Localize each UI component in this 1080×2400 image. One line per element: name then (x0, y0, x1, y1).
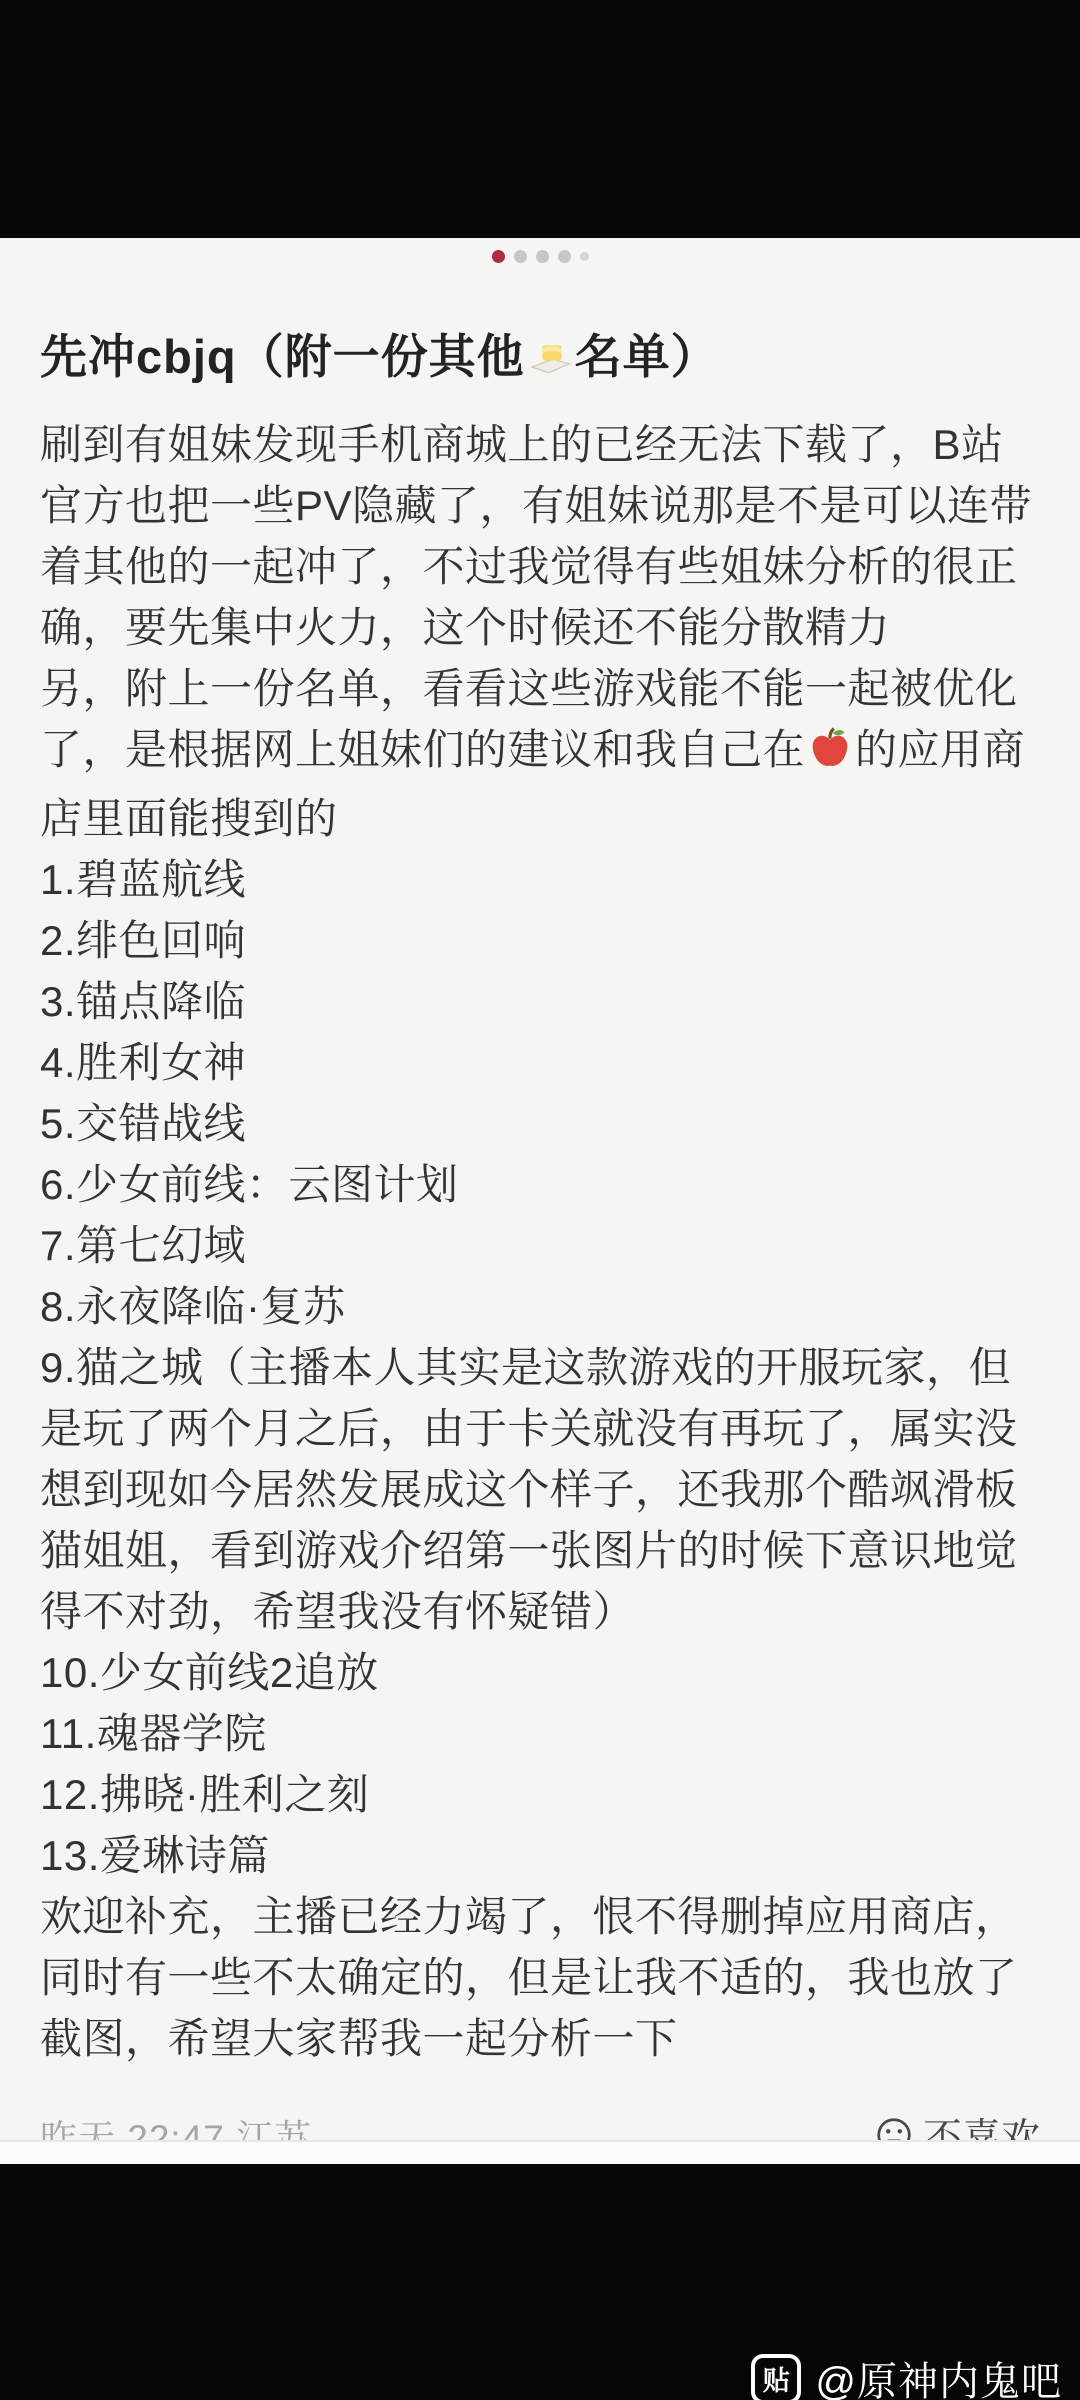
game-list-item-continuation: 想到现如今居然发展成这个样子，还我那个酷飒滑板 (40, 1459, 1040, 1520)
post-title-pre: 先冲cbjq（附一份其他 (40, 330, 525, 383)
post-body-line: 欢迎补充，主播已经力竭了，恨不得删掉应用商店， (40, 1886, 1040, 1947)
game-list-item: 7.第七幻域 (40, 1215, 1040, 1276)
top-letterbox (0, 0, 1080, 238)
game-list-item: 13.爱琳诗篇 (40, 1825, 1040, 1886)
post-body-line: 另，附上一份名单，看看这些游戏能不能一起被优化 (40, 658, 1040, 719)
carousel-dot-active[interactable] (492, 250, 505, 263)
game-list-item-continuation: 猫姐姐，看到游戏介绍第一张图片的时候下意识地觉 (40, 1520, 1040, 1581)
post-body-line-segment: 的应用商 (855, 726, 1025, 773)
carousel-dot[interactable] (580, 252, 589, 261)
game-list-item: 9.猫之城（主播本人其实是这款游戏的开服玩家，但 (40, 1337, 1040, 1398)
game-list-item-continuation: 是玩了两个月之后，由于卡关就没有再玩了，属实没 (40, 1398, 1040, 1459)
butter-emoji (527, 335, 573, 392)
post-body-line-segment: 了，是根据网上姐妹们的建议和我自己在 (40, 726, 805, 773)
post-title: 先冲cbjq（附一份其他名单） (40, 320, 1040, 392)
post-body-line: 着其他的一起冲了，不过我觉得有些姐妹分析的很正 (40, 536, 1040, 597)
post-body: 刷到有姐妹发现手机商城上的已经无法下载了，B站 官方也把一些PV隐藏了，有姐妹说… (40, 414, 1040, 2069)
post-body-line: 了，是根据网上姐妹们的建议和我自己在的应用商 (40, 719, 1040, 788)
carousel-dot[interactable] (536, 250, 549, 263)
game-list-item: 2.绯色回响 (40, 910, 1040, 971)
content-bottom-strip (0, 2140, 1080, 2164)
game-list-item: 4.胜利女神 (40, 1032, 1040, 1093)
tieba-logo-char: 贴 (763, 2359, 790, 2398)
post-body-line: 官方也把一些PV隐藏了，有姐妹说那是不是可以连带 (40, 475, 1040, 536)
game-list-item: 12.拂晓·胜利之刻 (40, 1764, 1040, 1825)
game-list-item: 1.碧蓝航线 (40, 849, 1040, 910)
game-list-item: 8.永夜降临·复苏 (40, 1276, 1040, 1337)
carousel-dot[interactable] (558, 250, 571, 263)
game-list-item: 11.魂器学院 (40, 1703, 1040, 1764)
red-apple-emoji (807, 726, 853, 788)
game-list-item-continuation: 得不对劲，希望我没有怀疑错） (40, 1581, 1040, 1642)
watermark: 贴 @原神内鬼吧 (751, 2350, 1062, 2400)
game-list-item: 5.交错战线 (40, 1093, 1040, 1154)
post-title-post: 名单） (575, 330, 719, 383)
carousel-dot[interactable] (514, 250, 527, 263)
bottom-letterbox: 贴 @原神内鬼吧 (0, 2164, 1080, 2400)
game-list-item: 3.锚点降临 (40, 971, 1040, 1032)
game-list-item: 6.少女前线：云图计划 (40, 1154, 1040, 1215)
post-body-line: 刷到有姐妹发现手机商城上的已经无法下载了，B站 (40, 414, 1040, 475)
screenshot-root: 先冲cbjq（附一份其他名单） 刷到有姐妹发现手机商城上的已经无法下载了，B站 … (0, 0, 1080, 2400)
post-body-line: 店里面能搜到的 (40, 788, 1040, 849)
tieba-logo-icon: 贴 (751, 2354, 801, 2400)
post-body-line: 确，要先集中火力，这个时候还不能分散精力 (40, 597, 1040, 658)
watermark-handle: @原神内鬼吧 (815, 2350, 1062, 2400)
game-list-item: 10.少女前线2追放 (40, 1642, 1040, 1703)
post-body-line: 截图，希望大家帮我一起分析一下 (40, 2008, 1040, 2069)
post-content-card: 先冲cbjq（附一份其他名单） 刷到有姐妹发现手机商城上的已经无法下载了，B站 … (0, 238, 1080, 2164)
carousel-pagination (0, 238, 1080, 264)
post-body-line: 同时有一些不太确定的，但是让我不适的，我也放了 (40, 1947, 1040, 2008)
